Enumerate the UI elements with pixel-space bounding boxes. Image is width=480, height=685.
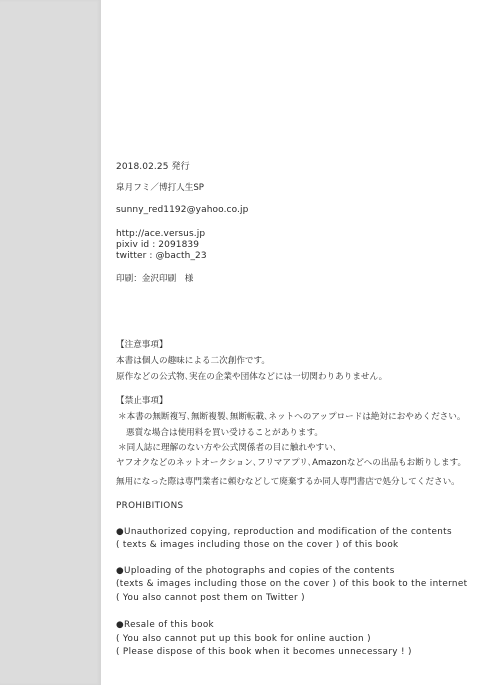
- pixiv-id: pixiv id : 2091839: [116, 240, 199, 251]
- notice-line: 本書は個人の趣味による二次創作です。: [116, 356, 270, 367]
- prohibition-item-title: ●Unauthorized copying, reproduction and …: [116, 527, 452, 538]
- prohibition-item-line: ( You also cannot put up this book for o…: [116, 634, 371, 645]
- prohibition-item-line: ( Please dispose of this book when it be…: [116, 647, 412, 658]
- prohibited-line: ヤフオクなどのネットオークション､フリマアプリ､Amazonなどへの出品もお断り…: [116, 458, 466, 469]
- prohibited-line: ＊本書の無断複写､無断複製､無断転載､ネットへのアップロードは絶対におやめくださ…: [118, 412, 465, 423]
- author: 皐月フミ／博打人生SP: [116, 183, 204, 194]
- notice-line: 原作などの公式物､実在の企業や団体などには一切関わりありません。: [116, 372, 387, 383]
- prohibition-item-line: (texts & images including those on the c…: [116, 579, 467, 590]
- website: http://ace.versus.jp: [116, 229, 205, 240]
- prohibition-item-line: ( texts & images including those on the …: [116, 540, 399, 551]
- issue-date: 2018.02.25 発行: [116, 162, 190, 173]
- prohibited-line: 悪質な場合は使用料を買い受けることがあります。: [126, 428, 323, 439]
- notice-heading: 【注意事項】: [116, 340, 168, 351]
- prohibition-item-title: ●Uploading of the photographs and copies…: [116, 566, 395, 577]
- prohibition-item-title: ●Resale of this book: [116, 620, 214, 631]
- printer: 印刷：金沢印刷 様: [116, 274, 193, 285]
- twitter-handle: twitter : @bacth_23: [116, 251, 207, 262]
- prohibited-heading: 【禁止事項】: [116, 396, 168, 407]
- prohibition-item-line: ( You also cannot post them on Twitter ): [116, 593, 305, 604]
- page-gutter: [0, 0, 101, 685]
- disposal-note: 無用になった際は専門業者に頼むなどして廃棄するか同人専門書店で処分してください。: [116, 477, 460, 488]
- prohibited-line: ＊同人誌に理解のない方や公式関係者の目に触れやすい､: [118, 443, 337, 454]
- email: sunny_red1192@yahoo.co.jp: [116, 205, 248, 216]
- prohibitions-heading: PROHIBITIONS: [116, 501, 183, 512]
